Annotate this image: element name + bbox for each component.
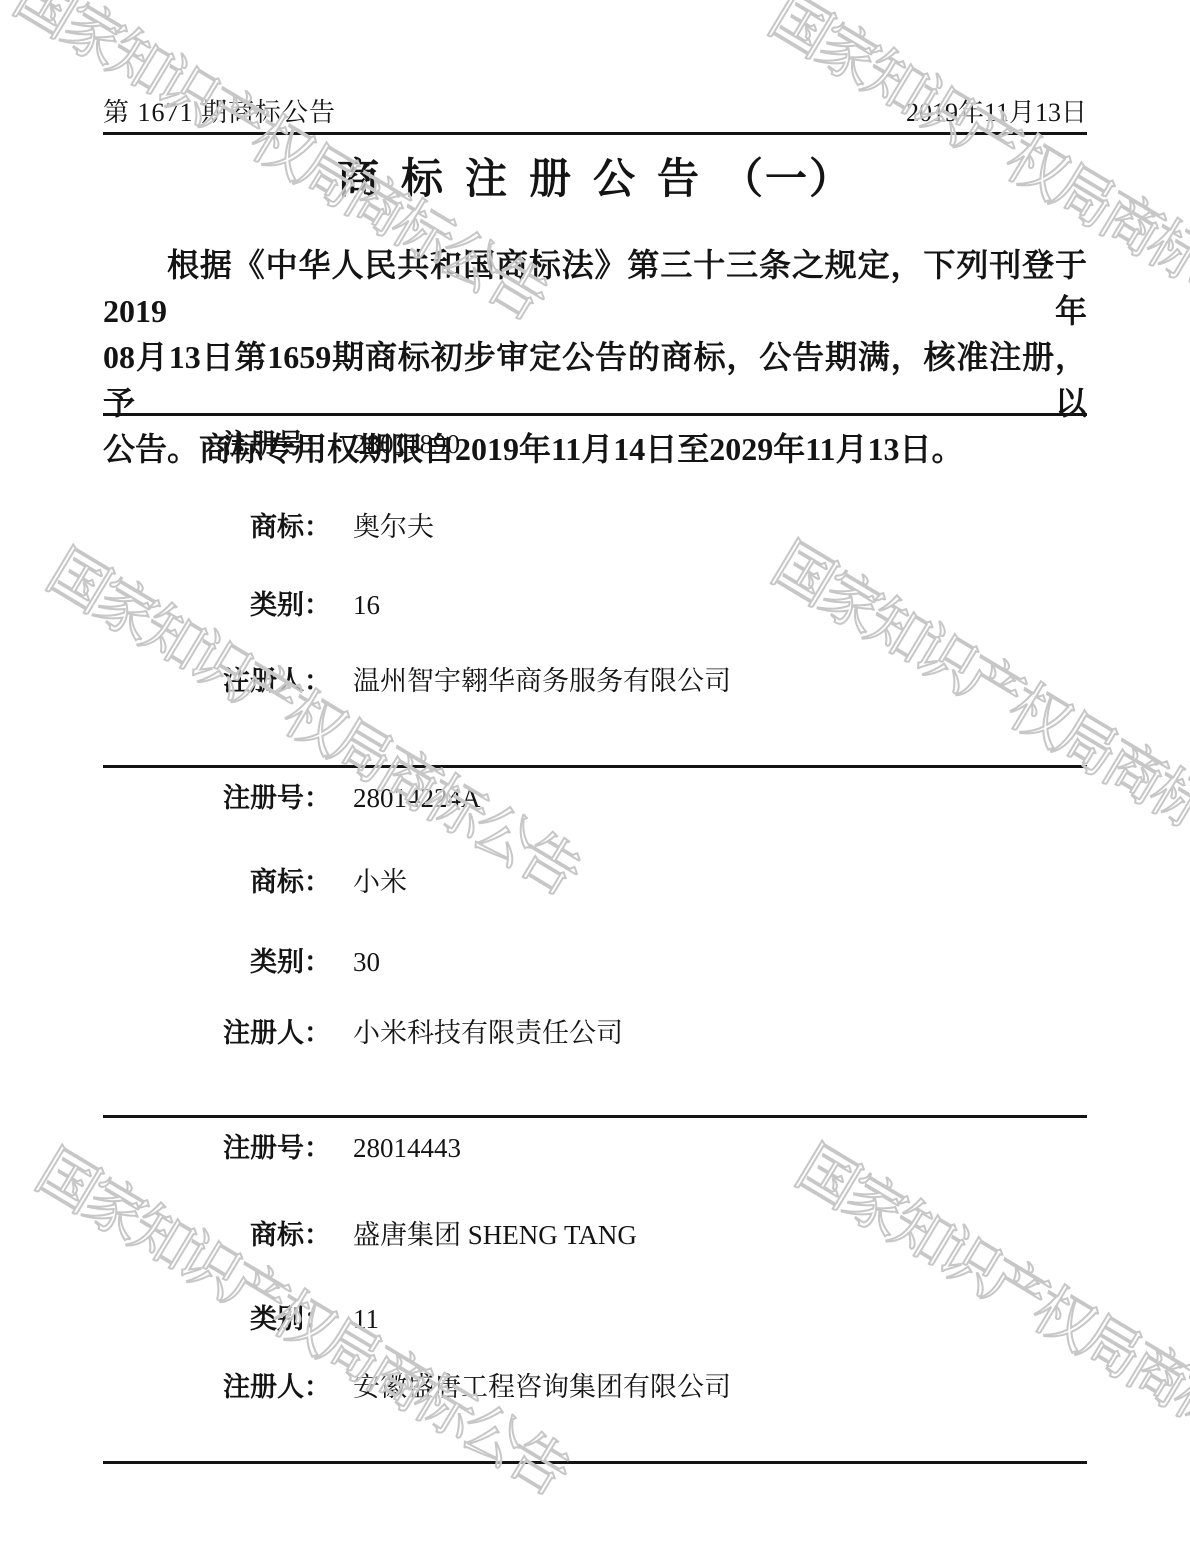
- page-title-paren: （一）: [721, 157, 853, 203]
- intro-line-1: 根据《中华人民共和国商标法》第三十三条之规定，下列刊登于2019年: [103, 242, 1087, 334]
- class-label: 类别：: [103, 1301, 331, 1337]
- entry1-class-row: 类别：16: [103, 587, 1087, 623]
- header-issue-number: 第 1671 期商标公告: [103, 92, 336, 129]
- entry3-registrant-row: 注册人：安徽盛唐工程咨询集团有限公司: [103, 1369, 1087, 1405]
- entry3-class-row: 类别：11: [103, 1301, 1087, 1337]
- class-value: 30: [353, 947, 380, 977]
- entry2-registration-number-row: 注册号：28014224A: [103, 780, 1087, 816]
- entry2-registrant-row: 注册人：小米科技有限责任公司: [103, 1015, 1087, 1051]
- entry2-class-row: 类别：30: [103, 944, 1087, 980]
- entry1-registrant-row: 注册人：温州智宇翱华商务服务有限公司: [103, 663, 1087, 699]
- registrant-value: 小米科技有限责任公司: [353, 1018, 623, 1048]
- page-title: 商标注册公告（一）: [103, 146, 1087, 206]
- separator-line: [103, 413, 1087, 416]
- entry3-registration-number-row: 注册号：28014443: [103, 1130, 1087, 1166]
- watermark-text: 国家知识产权局商标公告: [759, 518, 1190, 903]
- header-rule: [103, 132, 1087, 135]
- registration-number-label: 注册号：: [103, 426, 331, 462]
- separator-line: [103, 765, 1087, 768]
- registration-number-value: 28014443: [353, 1133, 461, 1163]
- trademark-label: 商标：: [103, 509, 331, 545]
- registration-number-label: 注册号：: [103, 780, 331, 816]
- class-label: 类别：: [103, 944, 331, 980]
- separator-line: [103, 1115, 1087, 1118]
- header-date: 2019年11月13日: [906, 92, 1087, 129]
- entry3-trademark-row: 商标：盛唐集团 SHENG TANG: [103, 1217, 1087, 1253]
- trademark-value: 小米: [353, 867, 407, 897]
- bottom-rule: [103, 1461, 1087, 1464]
- registrant-value: 安徽盛唐工程咨询集团有限公司: [353, 1372, 731, 1402]
- entry1-trademark-row: 商标：奥尔夫: [103, 509, 1087, 545]
- registration-number-value: 28011890: [353, 429, 460, 459]
- trademark-value: 奥尔夫: [353, 512, 434, 542]
- entry2-trademark-row: 商标：小米: [103, 864, 1087, 900]
- trademark-label: 商标：: [103, 1217, 331, 1253]
- registrant-label: 注册人：: [103, 663, 331, 699]
- entry1-registration-number-row: 注册号：28011890: [103, 426, 1087, 462]
- class-value: 11: [353, 1304, 379, 1334]
- class-label: 类别：: [103, 587, 331, 623]
- registration-number-value: 28014224A: [353, 783, 481, 813]
- registration-number-label: 注册号：: [103, 1130, 331, 1166]
- page-title-main: 商标注册公告: [337, 157, 721, 203]
- watermark-text: 国家知识产权局商标公告: [34, 525, 597, 910]
- trademark-value: 盛唐集团 SHENG TANG: [353, 1220, 637, 1250]
- trademark-label: 商标：: [103, 864, 331, 900]
- registrant-value: 温州智宇翱华商务服务有限公司: [353, 666, 731, 696]
- class-value: 16: [353, 590, 380, 620]
- registrant-label: 注册人：: [103, 1015, 331, 1051]
- registrant-label: 注册人：: [103, 1369, 331, 1405]
